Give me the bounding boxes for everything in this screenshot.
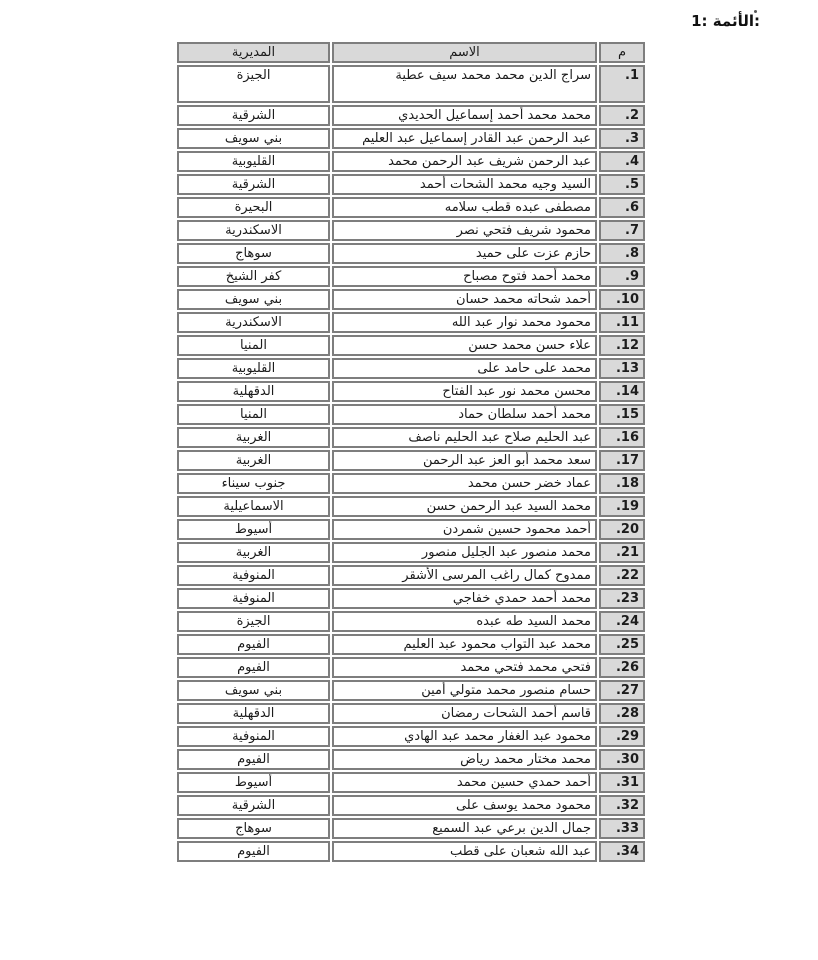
- imam-name-cell: محمد السيد عبد الرحمن حسن: [332, 496, 597, 517]
- table-row: .21 محمد منصور عبد الجليل منصور الغربية: [177, 542, 645, 563]
- directorate-cell: بني سويف: [177, 128, 330, 149]
- row-number-cell: .5: [599, 174, 645, 195]
- directorate-cell: أسيوط: [177, 772, 330, 793]
- directorate-cell: الفيوم: [177, 657, 330, 678]
- imam-name-cell: محمود محمد نوار عبد الله: [332, 312, 597, 333]
- document-page: 1: الأئمة: م الاسم المديرية .1 سراج الدي…: [0, 0, 818, 960]
- table-row: .15 محمد أحمد سلطان حماد المنيا: [177, 404, 645, 425]
- directorate-cell: المنوفية: [177, 726, 330, 747]
- table-row: .31 أحمد حمدي حسين محمد أسيوط: [177, 772, 645, 793]
- imam-name-cell: جمال الدين برعي عبد السميع: [332, 818, 597, 839]
- directorate-cell: الفيوم: [177, 749, 330, 770]
- imam-name-cell: مصطفى عبده قطب سلامه: [332, 197, 597, 218]
- row-number-cell: .19: [599, 496, 645, 517]
- row-number-cell: .18: [599, 473, 645, 494]
- table-row: .25 محمد عبد التواب محمود عبد العليم الف…: [177, 634, 645, 655]
- row-number-cell: .22: [599, 565, 645, 586]
- row-number-cell: .10: [599, 289, 645, 310]
- imam-name-cell: أحمد شحاته محمد حسان: [332, 289, 597, 310]
- row-number-cell: .6: [599, 197, 645, 218]
- row-number-cell: .33: [599, 818, 645, 839]
- row-number-cell: .8: [599, 243, 645, 264]
- directorate-cell: جنوب سيناء: [177, 473, 330, 494]
- directorate-cell: الفيوم: [177, 841, 330, 862]
- imam-name-cell: أحمد حمدي حسين محمد: [332, 772, 597, 793]
- directorate-cell: المنيا: [177, 335, 330, 356]
- row-number-cell: .23: [599, 588, 645, 609]
- directorate-cell: القليوبية: [177, 358, 330, 379]
- row-number-cell: .31: [599, 772, 645, 793]
- row-number-cell: .7: [599, 220, 645, 241]
- directorate-cell: الشرقية: [177, 174, 330, 195]
- directorate-cell: المنوفية: [177, 588, 330, 609]
- imam-name-cell: محمد عبد التواب محمود عبد العليم: [332, 634, 597, 655]
- directorate-cell: المنيا: [177, 404, 330, 425]
- directorate-cell: الغربية: [177, 450, 330, 471]
- table-row: .24 محمد السيد طه عبده الجيزة: [177, 611, 645, 632]
- row-number-cell: .29: [599, 726, 645, 747]
- imam-name-cell: قاسم أحمد الشحات رمضان: [332, 703, 597, 724]
- table-row: .13 محمد على حامد على القليوبية: [177, 358, 645, 379]
- table-header-row: م الاسم المديرية: [177, 42, 645, 63]
- row-number-cell: .4: [599, 151, 645, 172]
- directorate-cell: البحيرة: [177, 197, 330, 218]
- row-number-cell: .12: [599, 335, 645, 356]
- imam-name-cell: السيد وجيه محمد الشحات أحمد: [332, 174, 597, 195]
- imam-name-cell: علاء حسن محمد حسن: [332, 335, 597, 356]
- imam-name-cell: محمد محمد أحمد إسماعيل الحديدي: [332, 105, 597, 126]
- row-number-cell: .34: [599, 841, 645, 862]
- table-row: .20 أحمد محمود حسين شمردن أسيوط: [177, 519, 645, 540]
- directorate-cell: كفر الشيخ: [177, 266, 330, 287]
- imam-name-cell: محمد أحمد فتوح مصباح: [332, 266, 597, 287]
- table-row: .3 عبد الرحمن عبد القادر إسماعيل عبد الع…: [177, 128, 645, 149]
- table-row: .18 عماد خضر حسن محمد جنوب سيناء: [177, 473, 645, 494]
- table-row: .9 محمد أحمد فتوح مصباح كفر الشيخ: [177, 266, 645, 287]
- table-row: .33 جمال الدين برعي عبد السميع سوهاج: [177, 818, 645, 839]
- row-number-cell: .17: [599, 450, 645, 471]
- column-header-directorate: المديرية: [177, 42, 330, 63]
- row-number-cell: .21: [599, 542, 645, 563]
- imam-name-cell: حازم عزت على حميد: [332, 243, 597, 264]
- table-row: .32 محمود محمد يوسف على الشرقية: [177, 795, 645, 816]
- directorate-cell: الدقهلية: [177, 381, 330, 402]
- imam-name-cell: محمد مختار محمد رياض: [332, 749, 597, 770]
- imam-name-cell: عبد الحليم صلاح عبد الحليم ناصف: [332, 427, 597, 448]
- imam-name-cell: أحمد محمود حسين شمردن: [332, 519, 597, 540]
- table-row: .5 السيد وجيه محمد الشحات أحمد الشرقية: [177, 174, 645, 195]
- imam-name-cell: عبد الله شعبان على قطب: [332, 841, 597, 862]
- imam-name-cell: حسام منصور محمد متولي أمين: [332, 680, 597, 701]
- row-number-cell: .24: [599, 611, 645, 632]
- imam-name-cell: ممدوح كمال راغب المرسى الأشقر: [332, 565, 597, 586]
- directorate-cell: الشرقية: [177, 795, 330, 816]
- table-row: .28 قاسم أحمد الشحات رمضان الدقهلية: [177, 703, 645, 724]
- directorate-cell: سوهاج: [177, 818, 330, 839]
- table-row: .27 حسام منصور محمد متولي أمين بني سويف: [177, 680, 645, 701]
- imams-table: م الاسم المديرية .1 سراج الدين محمد محمد…: [175, 40, 647, 864]
- imam-name-cell: محمد أحمد حمدي خفاجي: [332, 588, 597, 609]
- row-number-cell: .27: [599, 680, 645, 701]
- imam-name-cell: عبد الرحمن عبد القادر إسماعيل عبد العليم: [332, 128, 597, 149]
- row-number-cell: .14: [599, 381, 645, 402]
- table-row: .17 سعد محمد أبو العز عبد الرحمن الغربية: [177, 450, 645, 471]
- directorate-cell: الدقهلية: [177, 703, 330, 724]
- directorate-cell: الغربية: [177, 427, 330, 448]
- row-number-cell: .30: [599, 749, 645, 770]
- row-number-cell: .13: [599, 358, 645, 379]
- row-number-cell: .25: [599, 634, 645, 655]
- imam-name-cell: محمد أحمد سلطان حماد: [332, 404, 597, 425]
- directorate-cell: المنوفية: [177, 565, 330, 586]
- table-row: .26 فتحي محمد فتحي محمد الفيوم: [177, 657, 645, 678]
- row-number-cell: .3: [599, 128, 645, 149]
- row-number-cell: .16: [599, 427, 645, 448]
- row-number-cell: .28: [599, 703, 645, 724]
- row-number-cell: .32: [599, 795, 645, 816]
- imam-name-cell: محسن محمد نور عبد الفتاح: [332, 381, 597, 402]
- table-row: .14 محسن محمد نور عبد الفتاح الدقهلية: [177, 381, 645, 402]
- directorate-cell: سوهاج: [177, 243, 330, 264]
- imam-name-cell: محمد منصور عبد الجليل منصور: [332, 542, 597, 563]
- table-row: .11 محمود محمد نوار عبد الله الاسكندرية: [177, 312, 645, 333]
- imam-name-cell: عبد الرحمن شريف عبد الرحمن محمد: [332, 151, 597, 172]
- scan-speck: [754, 10, 757, 13]
- table-row: .4 عبد الرحمن شريف عبد الرحمن محمد القلي…: [177, 151, 645, 172]
- imam-name-cell: فتحي محمد فتحي محمد: [332, 657, 597, 678]
- imam-name-cell: محمود محمد يوسف على: [332, 795, 597, 816]
- directorate-cell: بني سويف: [177, 680, 330, 701]
- imam-name-cell: محمد على حامد على: [332, 358, 597, 379]
- directorate-cell: الجيزة: [177, 611, 330, 632]
- imams-table-body: م الاسم المديرية .1 سراج الدين محمد محمد…: [177, 42, 645, 862]
- column-header-number: م: [599, 42, 645, 63]
- imam-name-cell: سعد محمد أبو العز عبد الرحمن: [332, 450, 597, 471]
- table-row: .19 محمد السيد عبد الرحمن حسن الاسماعيلي…: [177, 496, 645, 517]
- directorate-cell: أسيوط: [177, 519, 330, 540]
- imam-name-cell: سراج الدين محمد محمد سيف عطية: [332, 65, 597, 103]
- table-row: .2 محمد محمد أحمد إسماعيل الحديدي الشرقي…: [177, 105, 645, 126]
- row-number-cell: .15: [599, 404, 645, 425]
- row-number-cell: .11: [599, 312, 645, 333]
- table-row: .12 علاء حسن محمد حسن المنيا: [177, 335, 645, 356]
- page-title: 1: الأئمة:: [691, 12, 760, 30]
- row-number-cell: .26: [599, 657, 645, 678]
- directorate-cell: القليوبية: [177, 151, 330, 172]
- directorate-cell: الغربية: [177, 542, 330, 563]
- directorate-cell: الاسماعيلية: [177, 496, 330, 517]
- table-row: .22 ممدوح كمال راغب المرسى الأشقر المنوف…: [177, 565, 645, 586]
- table-row: .1 سراج الدين محمد محمد سيف عطية الجيزة: [177, 65, 645, 103]
- row-number-cell: .1: [599, 65, 645, 103]
- directorate-cell: الجيزة: [177, 65, 330, 103]
- table-row: .6 مصطفى عبده قطب سلامه البحيرة: [177, 197, 645, 218]
- directorate-cell: الشرقية: [177, 105, 330, 126]
- table-row: .7 محمود شريف فتحي نصر الاسكندرية: [177, 220, 645, 241]
- row-number-cell: .20: [599, 519, 645, 540]
- directorate-cell: الاسكندرية: [177, 312, 330, 333]
- column-header-name: الاسم: [332, 42, 597, 63]
- directorate-cell: الاسكندرية: [177, 220, 330, 241]
- table-row: .29 محمود عبد الغفار محمد عبد الهادي الم…: [177, 726, 645, 747]
- directorate-cell: الفيوم: [177, 634, 330, 655]
- table-row: .30 محمد مختار محمد رياض الفيوم: [177, 749, 645, 770]
- table-row: .10 أحمد شحاته محمد حسان بني سويف: [177, 289, 645, 310]
- table-row: .34 عبد الله شعبان على قطب الفيوم: [177, 841, 645, 862]
- row-number-cell: .9: [599, 266, 645, 287]
- table-row: .8 حازم عزت على حميد سوهاج: [177, 243, 645, 264]
- imam-name-cell: محمود عبد الغفار محمد عبد الهادي: [332, 726, 597, 747]
- imam-name-cell: عماد خضر حسن محمد: [332, 473, 597, 494]
- imam-name-cell: محمد السيد طه عبده: [332, 611, 597, 632]
- table-row: .16 عبد الحليم صلاح عبد الحليم ناصف الغر…: [177, 427, 645, 448]
- imam-name-cell: محمود شريف فتحي نصر: [332, 220, 597, 241]
- directorate-cell: بني سويف: [177, 289, 330, 310]
- table-row: .23 محمد أحمد حمدي خفاجي المنوفية: [177, 588, 645, 609]
- row-number-cell: .2: [599, 105, 645, 126]
